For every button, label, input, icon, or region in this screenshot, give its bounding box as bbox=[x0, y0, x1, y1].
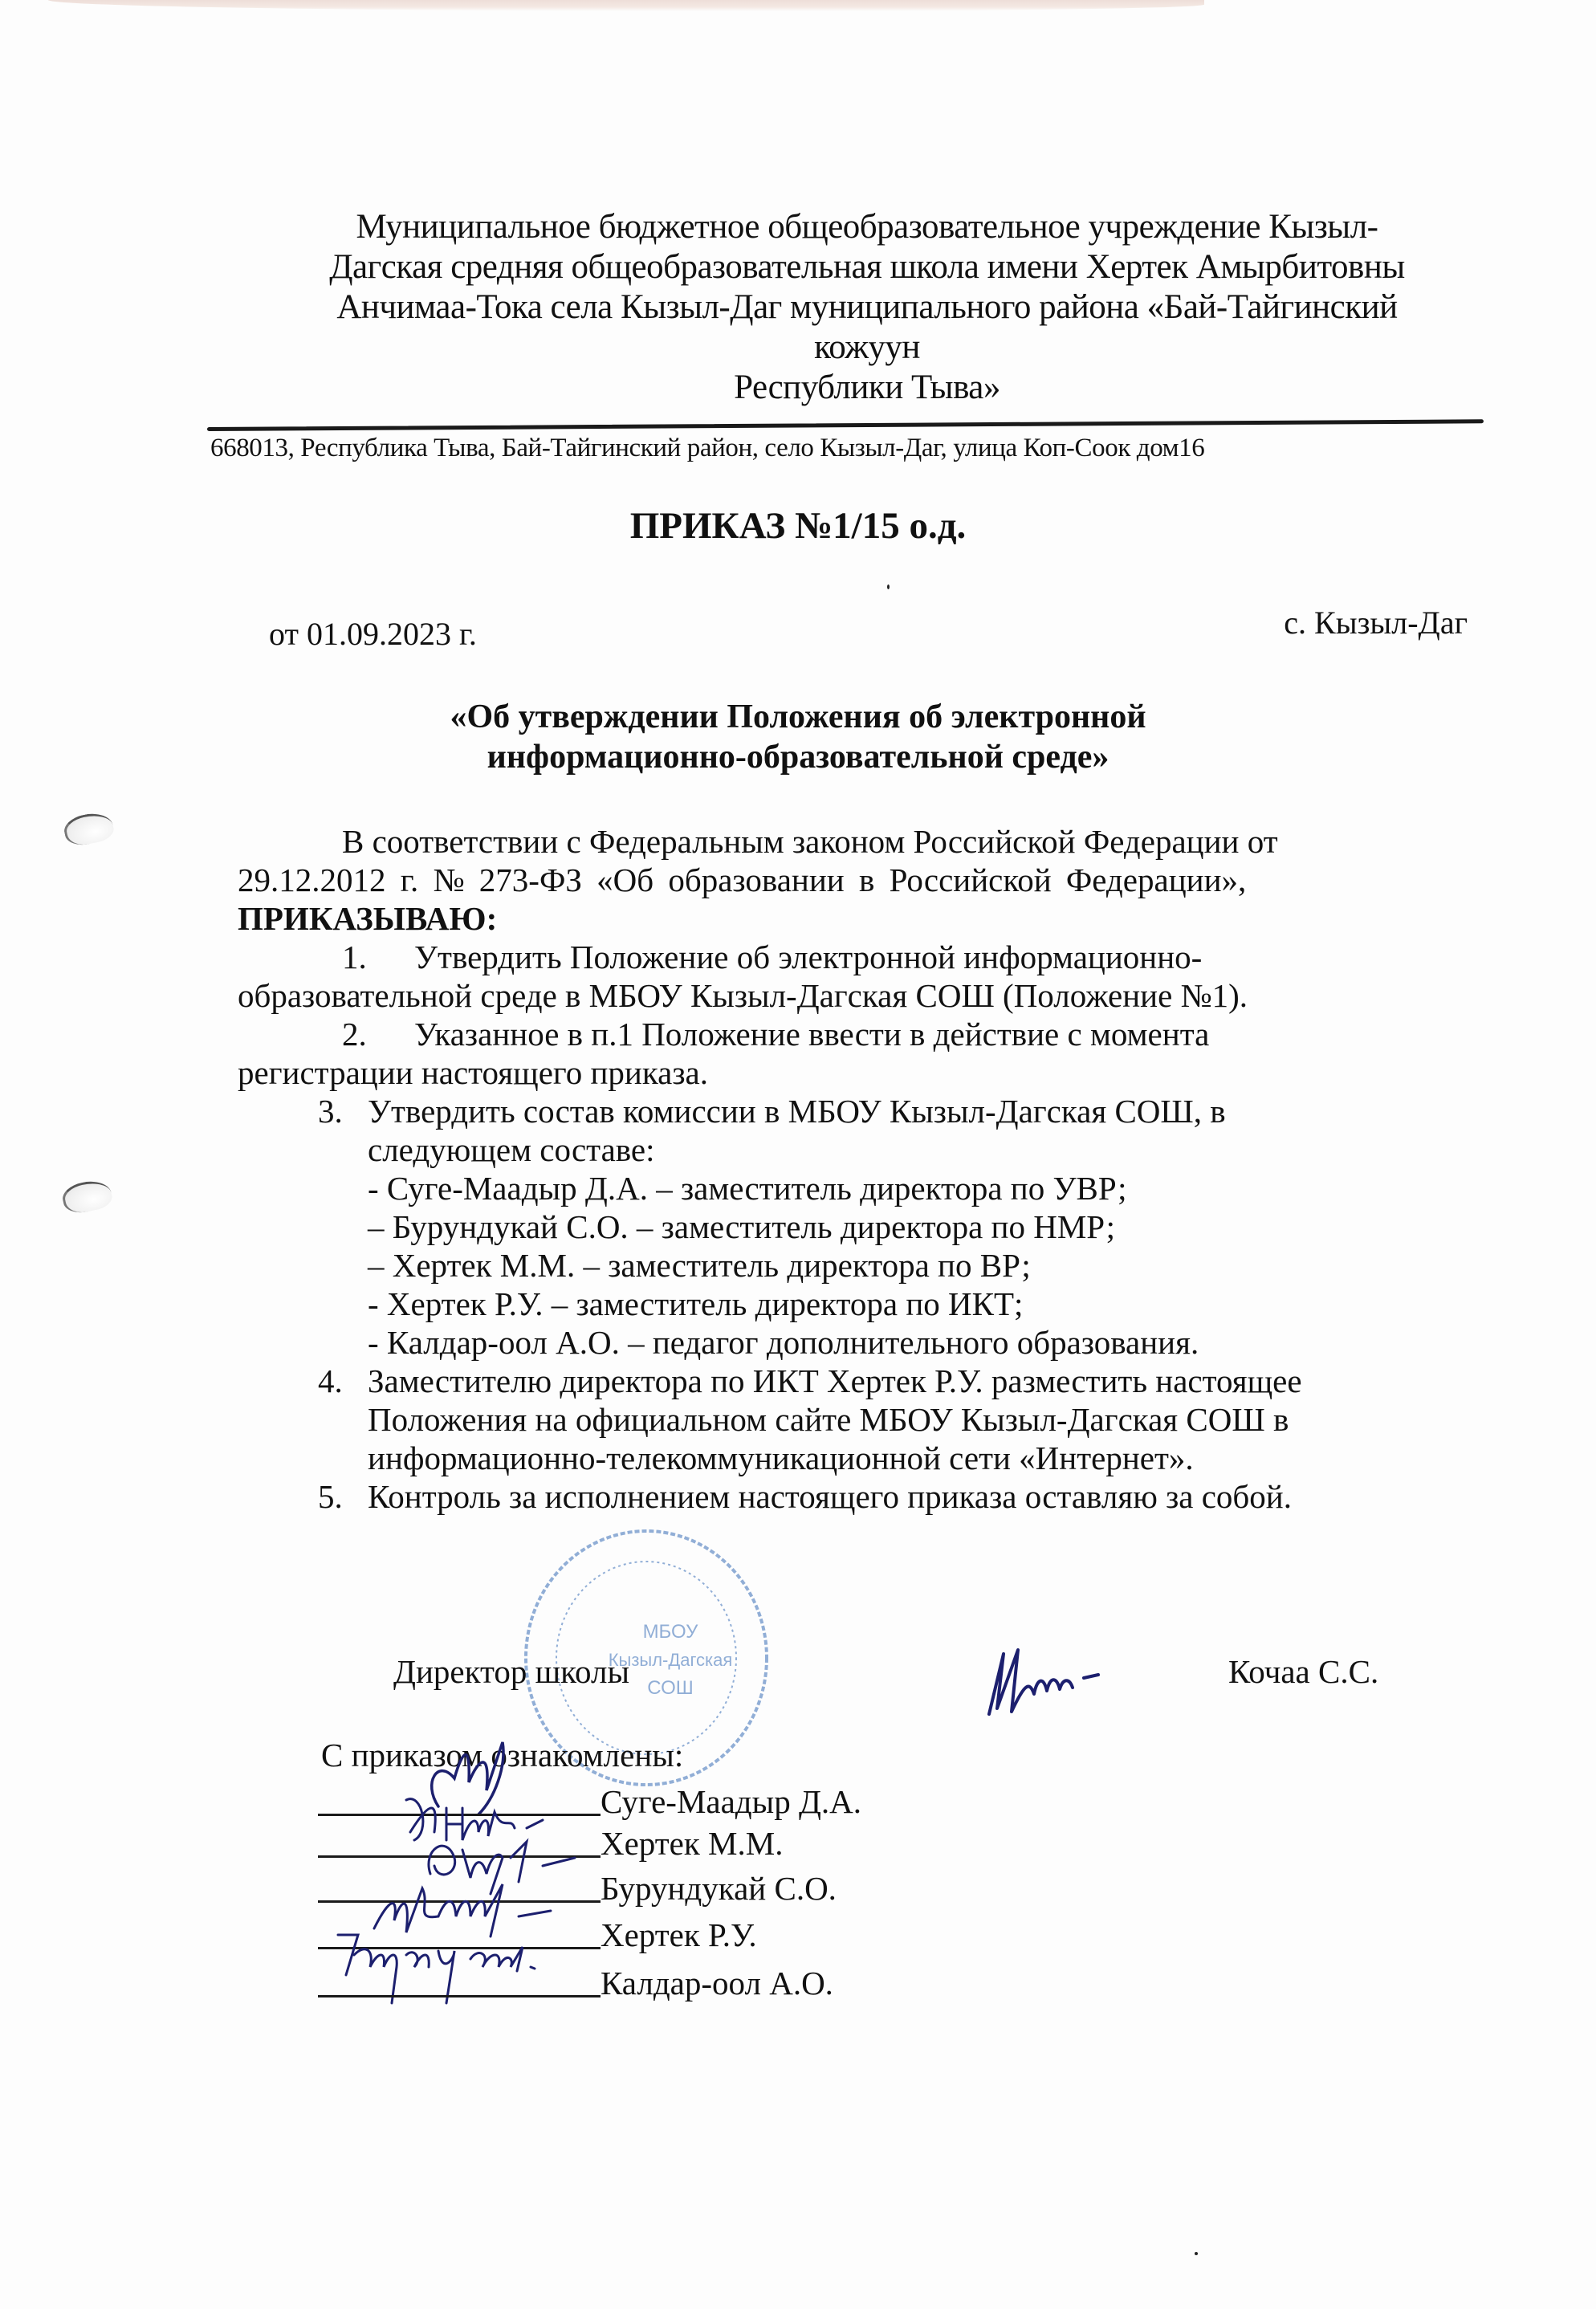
torn-paper-edge bbox=[48, 0, 1204, 11]
order-subject: «Об утверждении Положения об электронной… bbox=[0, 697, 1596, 777]
item-continuation: Положения на официальном сайте МБОУ Кызы… bbox=[238, 1400, 1458, 1439]
organization-header: Муниципальное бюджетное общеобразователь… bbox=[241, 207, 1493, 408]
item-number: 5. bbox=[318, 1477, 368, 1516]
order-item-4: 4.Заместителю директора по ИКТ Хертек Р.… bbox=[238, 1362, 1458, 1400]
header-divider bbox=[207, 419, 1484, 431]
order-title: ПРИКАЗ №1/15 о.д. bbox=[0, 504, 1596, 548]
item-continuation: следующем составе: bbox=[238, 1130, 1458, 1169]
commission-member: - Хертек Р.У. – заместитель директора по… bbox=[238, 1285, 1458, 1323]
order-date: от 01.09.2023 г. bbox=[269, 615, 477, 653]
stamp-text: МБОУ bbox=[643, 1621, 699, 1643]
item-text: Утвердить состав комиссии в МБОУ Кызыл-Д… bbox=[368, 1093, 1226, 1130]
order-item-5: 5.Контроль за исполнением настоящего при… bbox=[238, 1477, 1458, 1516]
acknowledged-person: Хертек Р.У. bbox=[601, 1916, 757, 1954]
org-line: Муниципальное бюджетное общеобразователь… bbox=[241, 207, 1493, 247]
item-text: Утвердить Положение об электронной инфор… bbox=[414, 939, 1202, 975]
item-number: 1. bbox=[342, 938, 414, 976]
item-continuation: информационно-телекоммуникационной сети … bbox=[238, 1439, 1458, 1477]
commission-member: - Калдар-оол А.О. – педагог дополнительн… bbox=[238, 1323, 1458, 1362]
preamble-line: В соответствии с Федеральным законом Рос… bbox=[238, 822, 1458, 861]
org-line: Анчимаа-Тока села Кызыл-Даг муниципально… bbox=[241, 287, 1493, 328]
item-number: 2. bbox=[342, 1015, 414, 1053]
order-place: с. Кызыл-Даг bbox=[1284, 604, 1468, 641]
order-item-1: 1.Утвердить Положение об электронной инф… bbox=[238, 938, 1458, 976]
acknowledged-person: Калдар-оол А.О. bbox=[601, 1964, 833, 2002]
stamp-text: СОШ bbox=[647, 1677, 693, 1699]
director-signature-icon bbox=[979, 1638, 1116, 1726]
order-directive: ПРИКАЗЫВАЮ: bbox=[238, 899, 1458, 938]
scanned-document-page: Муниципальное бюджетное общеобразователь… bbox=[0, 0, 1596, 2309]
commission-member: – Бурундукай С.О. – заместитель директор… bbox=[238, 1207, 1458, 1246]
scan-speck bbox=[887, 584, 890, 589]
org-line: Дагская средняя общеобразовательная школ… bbox=[241, 247, 1493, 287]
item-number: 4. bbox=[318, 1362, 368, 1400]
commission-member: - Суге-Маадыр Д.А. – заместитель директо… bbox=[238, 1169, 1458, 1207]
item-text: Заместителю директора по ИКТ Хертек Р.У.… bbox=[368, 1362, 1302, 1399]
organization-address: 668013, Республика Тыва, Бай-Тайгинский … bbox=[210, 434, 1495, 463]
order-item-3: 3.Утвердить состав комиссии в МБОУ Кызыл… bbox=[238, 1092, 1458, 1130]
signature-line bbox=[318, 1995, 601, 1997]
subject-line: информационно-образовательной среде» bbox=[0, 737, 1596, 777]
punch-hole-icon bbox=[62, 809, 116, 849]
scan-speck bbox=[1195, 2252, 1198, 2255]
order-item-2: 2.Указанное в п.1 Положение ввести в дей… bbox=[238, 1015, 1458, 1053]
subject-line: «Об утверждении Положения об электронной bbox=[0, 697, 1596, 737]
director-position: Директор школы bbox=[393, 1652, 629, 1691]
org-line: Республики Тыва» bbox=[241, 368, 1493, 408]
org-line: кожуун bbox=[241, 328, 1493, 368]
item-number: 3. bbox=[318, 1092, 368, 1130]
item-continuation: образовательной среде в МБОУ Кызыл-Дагск… bbox=[238, 976, 1458, 1015]
director-name: Кочаа С.С. bbox=[1228, 1652, 1378, 1691]
acknowledged-person: Бурундукай С.О. bbox=[601, 1869, 837, 1908]
acknowledged-person: Хертек М.М. bbox=[601, 1824, 783, 1863]
commission-member: – Хертек М.М. – заместитель директора по… bbox=[238, 1246, 1458, 1285]
acknowledgement-row: Калдар-оол А.О. bbox=[318, 1956, 1040, 1997]
item-text: Контроль за исполнением настоящего прика… bbox=[368, 1478, 1292, 1515]
preamble-line: 29.12.2012 г. № 273-ФЗ «Об образовании в… bbox=[238, 861, 1458, 899]
item-text: Указанное в п.1 Положение ввести в дейст… bbox=[414, 1016, 1209, 1053]
item-continuation: регистрации настоящего приказа. bbox=[238, 1053, 1458, 1092]
punch-hole-icon bbox=[60, 1177, 114, 1216]
order-body: В соответствии с Федеральным законом Рос… bbox=[238, 822, 1458, 1516]
acknowledged-person: Суге-Маадыр Д.А. bbox=[601, 1782, 861, 1821]
